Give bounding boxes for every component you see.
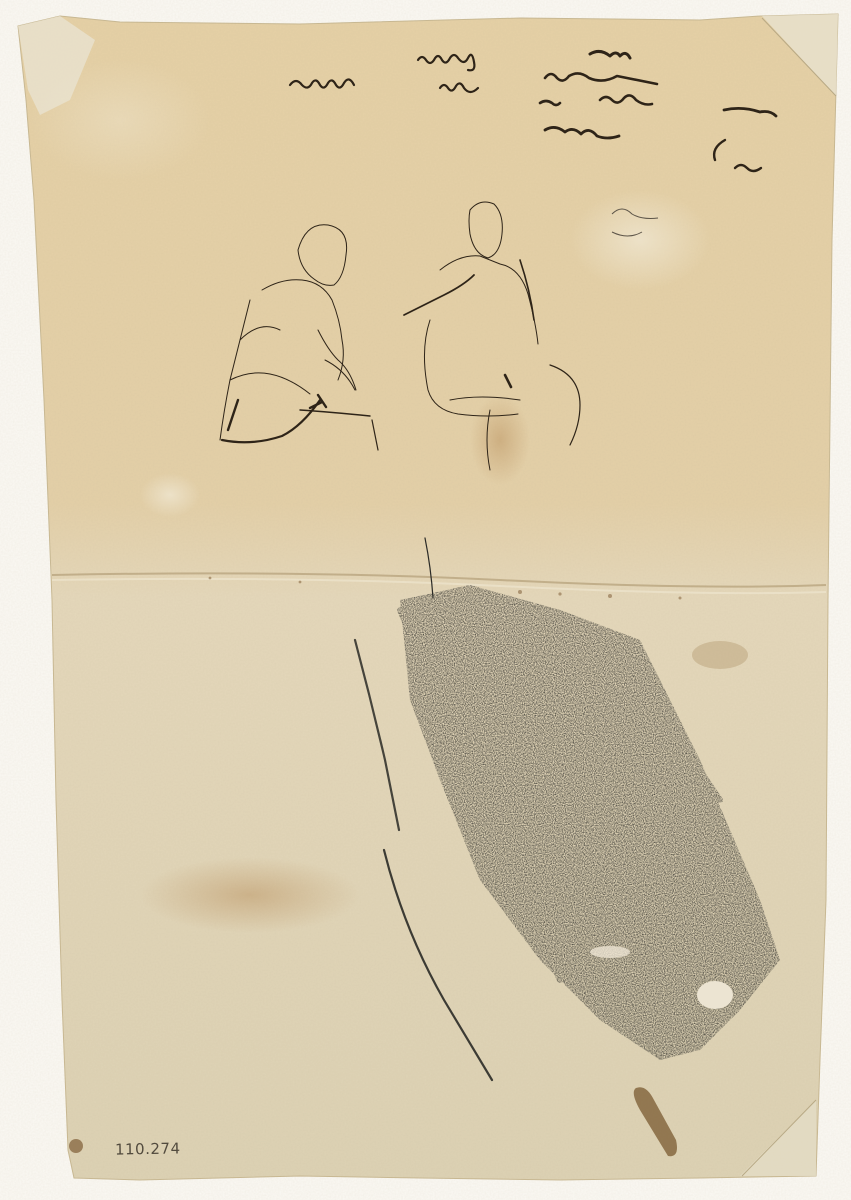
stain-left <box>140 857 360 933</box>
stain-right <box>692 641 748 669</box>
inventory-number: 110.274 <box>115 1139 181 1158</box>
drawing-sheet: 110.274 <box>0 0 851 1200</box>
stain-under-figure <box>470 395 530 485</box>
paper-artwork <box>0 0 851 1200</box>
